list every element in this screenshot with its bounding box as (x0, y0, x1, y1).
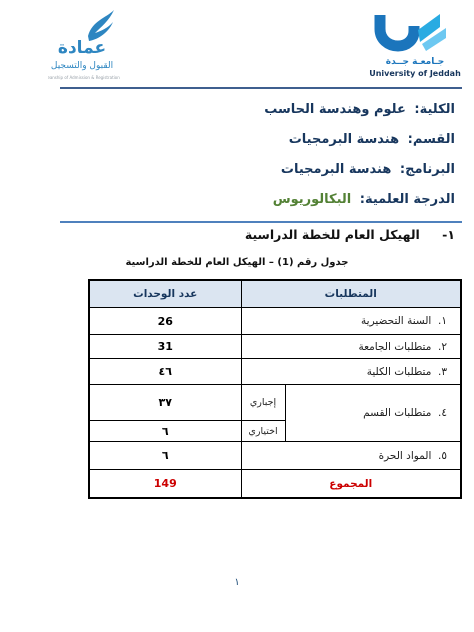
program-line: البرنامج: هندسة البرمجيات (264, 161, 455, 179)
section-heading: ١- الهيكل العام للخطة الدراسية (245, 227, 455, 242)
uj-arabic-name: جـامعـة جــدة (386, 57, 444, 67)
total-units: 149 (89, 470, 241, 499)
table-row: ٢. متطلبات الجامعة 31 (89, 335, 461, 359)
uj-logo-icon: جـامعـة جــدة University of Jeddah (368, 12, 462, 82)
program-value: هندسة البرمجيات (281, 162, 391, 177)
logo-tagline: Deanship of Admission & Registration (48, 75, 120, 80)
table-total-row: المجموع 149 (89, 470, 461, 499)
info-divider (60, 221, 462, 223)
bird-swoosh-shape (88, 10, 114, 41)
admission-deanship-logo: عمادة القبول والتسجيل Deanship of Admiss… (48, 8, 120, 90)
row-label-free-courses: ٥. المواد الحرة (241, 442, 461, 470)
table-row: ١. السنة التحضيرية 26 (89, 308, 461, 335)
subrow-label-mandatory: إجباري (241, 385, 285, 421)
table-row: ٣. متطلبات الكلية ٤٦ (89, 359, 461, 385)
uj-u-shape (380, 15, 414, 46)
row-label-department-requirements: ٤. متطلبات القسم (285, 385, 461, 442)
subrow-units-mandatory: ٣٧ (89, 385, 241, 421)
section-number: ١- (442, 227, 455, 242)
table-caption: جدول رقم (1) – الهيكل العام للخطة الدراس… (0, 257, 474, 268)
university-of-jeddah-logo: جـامعـة جــدة University of Jeddah (368, 12, 462, 82)
uj-english-name: University of Jeddah (369, 69, 461, 78)
degree-line: الدرجة العلمية: البكالوريوس (264, 191, 455, 209)
section-title: الهيكل العام للخطة الدراسية (245, 227, 420, 242)
study-plan-table: المتطلبات عدد الوحدات ١. السنة التحضيرية… (88, 279, 462, 499)
department-value: هندسة البرمجيات (289, 132, 399, 147)
total-label: المجموع (241, 470, 461, 499)
department-label: القسم: (408, 132, 455, 147)
college-value: علوم وهندسة الحاسب (264, 102, 406, 117)
row-label-university-requirements: ٢. متطلبات الجامعة (241, 335, 461, 359)
degree-label: الدرجة العلمية: (360, 192, 455, 207)
row-label-preparatory-year: ١. السنة التحضيرية (241, 308, 461, 335)
table-header-row: المتطلبات عدد الوحدات (89, 280, 461, 308)
header-cell-units: عدد الوحدات (89, 280, 241, 308)
logo-subword: القبول والتسجيل (51, 61, 113, 71)
header-divider (60, 87, 462, 89)
college-line: الكلية: علوم وهندسة الحاسب (264, 101, 455, 119)
table-row: ٥. المواد الحرة ٦ (89, 442, 461, 470)
row-units-university-requirements: 31 (89, 335, 241, 359)
row-units-free-courses: ٦ (89, 442, 241, 470)
program-info-block: الكلية: علوم وهندسة الحاسب القسم: هندسة … (264, 101, 455, 221)
program-label: البرنامج: (400, 162, 455, 177)
header-cell-requirements: المتطلبات (241, 280, 461, 308)
page-number: ١ (0, 577, 474, 588)
document-page: عمادة القبول والتسجيل Deanship of Admiss… (0, 0, 474, 632)
subrow-units-elective: ٦ (89, 421, 241, 442)
logo-word: عمادة (58, 38, 106, 58)
subrow-label-elective: اختياري (241, 421, 285, 442)
degree-value: البكالوريوس (273, 192, 352, 207)
college-label: الكلية: (414, 102, 455, 117)
row-label-college-requirements: ٣. متطلبات الكلية (241, 359, 461, 385)
row-units-preparatory-year: 26 (89, 308, 241, 335)
deanship-bird-icon: عمادة القبول والتسجيل Deanship of Admiss… (48, 8, 120, 90)
table-row: ٤. متطلبات القسم إجباري ٣٧ (89, 385, 461, 421)
row-units-college-requirements: ٤٦ (89, 359, 241, 385)
department-line: القسم: هندسة البرمجيات (264, 131, 455, 149)
